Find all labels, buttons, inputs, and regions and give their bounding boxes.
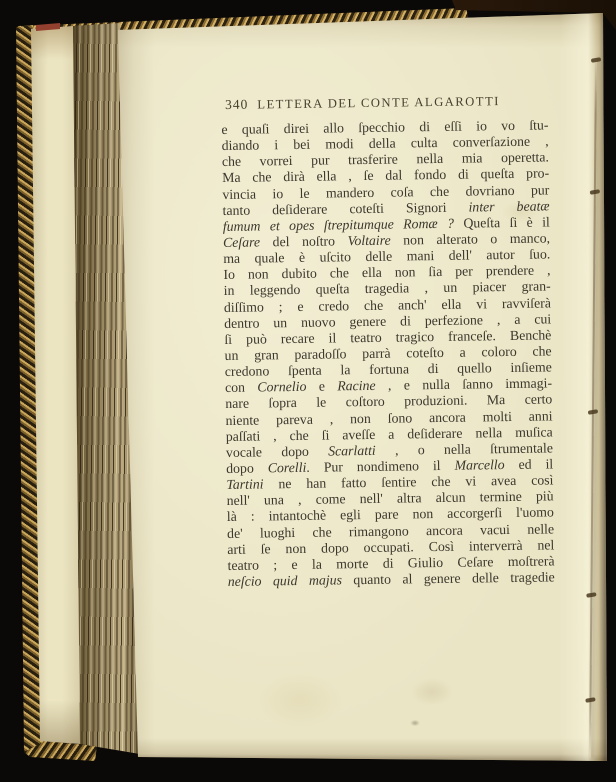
text-segment: quanto al genere delle tragedie xyxy=(342,569,555,587)
italic-text-segment: neſcio quid majus xyxy=(228,572,342,589)
italic-text-segment: Scarlatti xyxy=(328,443,376,459)
italic-text-segment: inter beatæ xyxy=(468,198,549,214)
italic-text-segment: Racine xyxy=(337,378,376,394)
text-segment: con xyxy=(225,380,258,395)
text-segment: , e nulla ſanno immagi- xyxy=(376,376,553,393)
text-segment: e xyxy=(306,379,337,394)
text-segment: vocale dopo xyxy=(226,443,328,459)
book-photo: 340LETTERA DEL CONTE ALGAROTTI e quaſi d… xyxy=(0,0,616,782)
italic-text-segment: Tartini xyxy=(226,477,263,493)
text-segment: non alterato o manco, xyxy=(391,230,551,247)
text-segment: ed il xyxy=(504,456,553,472)
text-segment: . Pur nondimeno il xyxy=(306,458,454,475)
page-header: 340LETTERA DEL CONTE ALGAROTTI xyxy=(225,91,548,111)
text-segment: Queſta ſi è il xyxy=(454,214,550,230)
text-segment: , o nella ſtrumentale xyxy=(376,440,553,457)
italic-text-segment: Marcello xyxy=(454,457,504,473)
italic-text-segment: Cornelio xyxy=(257,379,306,395)
body-text: e quaſi direi allo ſpecchio di eſſi io v… xyxy=(221,117,555,590)
italic-text-segment: Ceſare xyxy=(223,234,260,250)
italic-text-segment: fumum et opes ſtrepitumque Romæ ? xyxy=(223,216,454,234)
italic-text-segment: Voltaire xyxy=(347,233,390,249)
page-number: 340 xyxy=(225,97,248,112)
running-title: LETTERA DEL CONTE ALGAROTTI xyxy=(257,94,500,111)
text-segment: dopo xyxy=(226,460,268,476)
text-segment: del noſtro xyxy=(260,233,348,249)
page-content: 340LETTERA DEL CONTE ALGAROTTI e quaſi d… xyxy=(221,91,555,590)
italic-text-segment: Corelli xyxy=(268,460,307,476)
